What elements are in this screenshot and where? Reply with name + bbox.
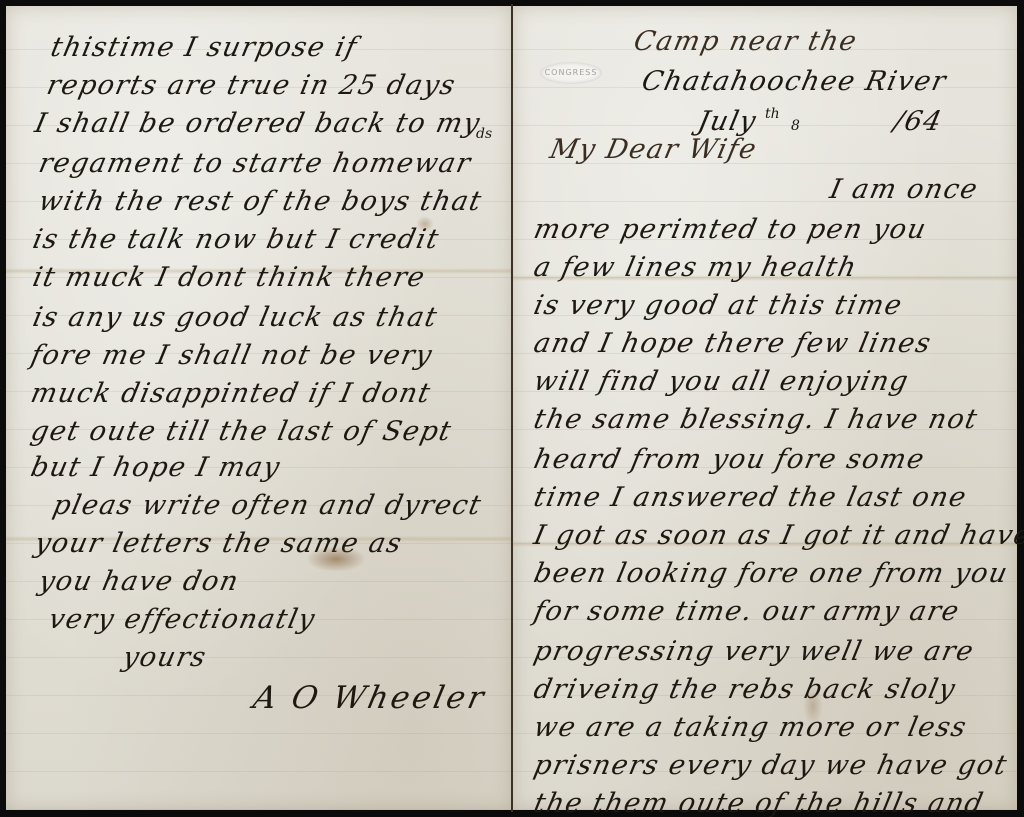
letter-line: I shall be ordered back to my bbox=[32, 108, 484, 139]
location-line-2: Chatahoochee River bbox=[639, 66, 950, 97]
letter-line: is the talk now but I credit bbox=[30, 224, 442, 255]
letter-line: reports are true in 25 days bbox=[44, 70, 459, 101]
letter-line: fore me I shall not be very bbox=[28, 340, 436, 371]
closing-line: very effectionatly bbox=[46, 604, 319, 635]
letter-line: we are a taking more or less bbox=[531, 712, 970, 743]
signature: A O Wheeler bbox=[250, 680, 490, 716]
letter-scan: thistime I surpose if reports are true i… bbox=[0, 0, 1024, 817]
letter-line: time I answered the last one bbox=[531, 482, 970, 513]
letter-line: driveing the rebs back sloly bbox=[531, 674, 959, 705]
closing-yours: yours bbox=[120, 642, 210, 673]
ink-stain bbox=[416, 216, 434, 232]
location-line-1: Camp near the bbox=[631, 26, 860, 57]
left-page: thistime I surpose if reports are true i… bbox=[6, 6, 512, 810]
letter-line: it muck I dont think there bbox=[30, 262, 429, 293]
letter-line: for some time. our army are bbox=[531, 596, 963, 627]
letter-line: heard from you fore some bbox=[531, 444, 928, 475]
letter-line: get oute till the last of Sept bbox=[28, 416, 455, 447]
salutation: My Dear Wife bbox=[547, 134, 760, 165]
ink-stain bbox=[803, 686, 823, 726]
letter-line: you have don bbox=[36, 566, 242, 597]
letter-line: a few lines my health bbox=[531, 252, 860, 283]
letter-line: thistime I surpose if bbox=[48, 32, 360, 63]
letter-line: will find you all enjoying bbox=[531, 366, 912, 397]
date-year: /64 bbox=[891, 106, 946, 137]
letter-line: regament to starte homewar bbox=[36, 148, 474, 179]
embossed-stamp: CONGRESS bbox=[540, 62, 602, 84]
date-suffix: th bbox=[765, 106, 780, 122]
letter-line: is very good at this time bbox=[531, 290, 906, 321]
letter-line: is any us good luck as that bbox=[30, 302, 441, 333]
letter-line: the same blessing. I have not bbox=[531, 404, 981, 435]
letter-line: I am once bbox=[827, 174, 981, 205]
insertion-note: ds bbox=[476, 126, 492, 142]
letter-line: been looking fore one from you bbox=[531, 558, 1011, 589]
letter-line: I got as soon as I got it and have bbox=[531, 520, 1024, 551]
letter-line: more perimted to pen you bbox=[531, 214, 930, 245]
letter-line: and I hope there few lines bbox=[531, 328, 935, 359]
letter-line: with the rest of the boys that bbox=[36, 186, 485, 217]
letter-line: the them oute of the hills and bbox=[531, 788, 987, 817]
letter-line: progressing very well we are bbox=[531, 636, 977, 667]
ink-stain bbox=[306, 546, 366, 572]
right-page: Camp near the Chatahoochee River July th… bbox=[513, 6, 1017, 810]
letter-line: prisners every day we have got bbox=[531, 750, 1011, 781]
date-day: 8 bbox=[791, 118, 800, 134]
letter-line: muck disappinted if I dont bbox=[28, 378, 434, 409]
date-month: July bbox=[695, 106, 760, 137]
letter-line: pleas write often and dyrect bbox=[50, 490, 485, 521]
letter-line: but I hope I may bbox=[28, 452, 284, 483]
